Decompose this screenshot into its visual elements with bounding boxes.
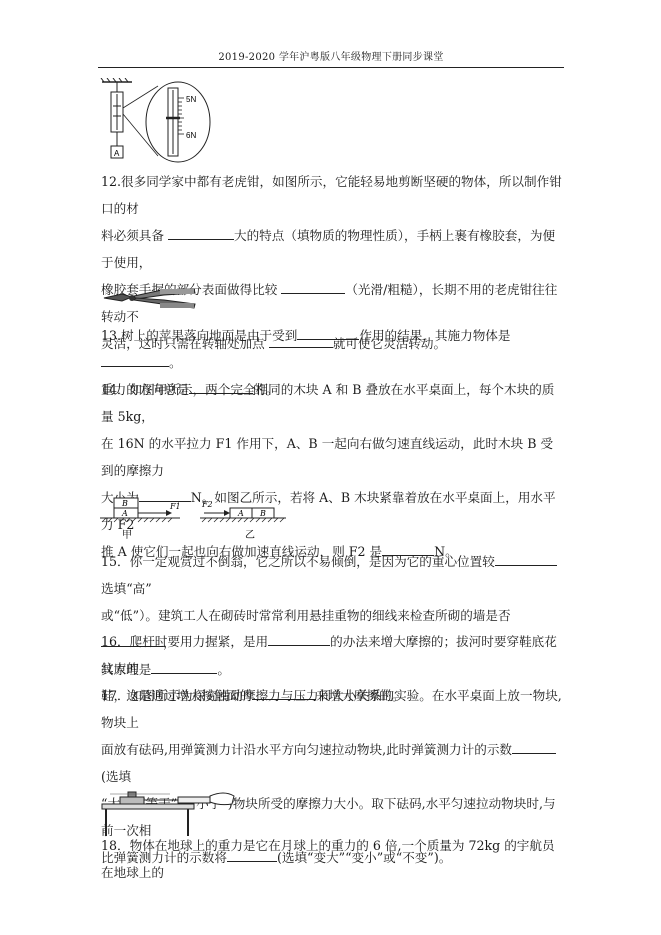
- block-label: A: [114, 149, 120, 158]
- answer-blank[interactable]: [281, 279, 345, 294]
- answer-blank[interactable]: [168, 225, 234, 240]
- q12-line-2: 料必须具备 大的特点（填物质的物理性质），手柄上裹有橡胶套，为便于使用，: [101, 222, 563, 276]
- q17-line-2: 面放有砝码,用弹簧测力计沿水平方向匀速拉动物块,此时弹簧测力计的示数(选填: [101, 736, 563, 790]
- block-a: A: [121, 509, 128, 518]
- q14-line-1: 14．如图甲所示，两个完全相同的木块 A 和 B 叠放在水平桌面上，每个木块的质…: [101, 376, 563, 430]
- question-18: 18．物体在地球上的重力是它在月球上的重力的 6 倍,一个质量为 72kg 的宇…: [101, 832, 563, 886]
- svg-text:B: B: [259, 509, 266, 518]
- answer-blank[interactable]: [495, 551, 557, 566]
- pliers-figure: [102, 286, 198, 312]
- answer-blank[interactable]: [297, 325, 359, 340]
- q17-line-1: 17．如图所示为探究滑动摩擦力与压力间大小关系的实验。在水平桌面上放一物块,物块…: [101, 682, 563, 736]
- force-f1: F1: [169, 502, 181, 511]
- caption-jia: 甲: [122, 529, 132, 541]
- svg-text:6N: 6N: [186, 131, 196, 140]
- answer-blank[interactable]: [512, 739, 556, 754]
- q12-line-1: 12.很多同学家中都有老虎钳，如图所示，它能轻易地剪断坚硬的物体，所以制作钳口的…: [101, 168, 563, 222]
- page-header: 2019-2020 学年沪粤版八年级物理下册同步课堂: [98, 48, 564, 68]
- answer-blank[interactable]: [101, 352, 169, 367]
- header-title: 2019-2020 学年沪粤版八年级物理下册同步课堂: [218, 52, 443, 63]
- answer-blank[interactable]: [268, 631, 330, 646]
- friction-setup-figure: [100, 784, 240, 838]
- q18-line-1: 18．物体在地球上的重力是它在月球上的重力的 6 倍,一个质量为 72kg 的宇…: [101, 832, 563, 886]
- q14-line-2: 在 16N 的水平拉力 F1 作用下，A、B 一起向右做匀速直线运动，此时木块 …: [101, 430, 563, 484]
- svg-text:5N: 5N: [186, 95, 196, 104]
- block-b: B: [121, 499, 128, 508]
- caption-yi: 乙: [245, 529, 255, 541]
- q15-line-1: 15．你一定观赏过不倒翁，它之所以不易倾倒，是因为它的重心位置较选填“高”: [101, 548, 563, 602]
- svg-text:A: A: [237, 509, 244, 518]
- q13-line-1: 13.树上的苹果落向地面是由于受到作用的结果，其施力物体是。: [101, 322, 563, 376]
- force-f2: F2: [201, 500, 213, 509]
- spring-scale-figure: A 5N 6N: [100, 78, 220, 170]
- q16-line-1: 16．爬杆时要用力握紧，是用的办法来增大摩擦的；拔河时要穿鞋底花纹大的: [101, 628, 563, 682]
- blocks-figure: B A F1 甲 A B F2 乙: [100, 490, 300, 548]
